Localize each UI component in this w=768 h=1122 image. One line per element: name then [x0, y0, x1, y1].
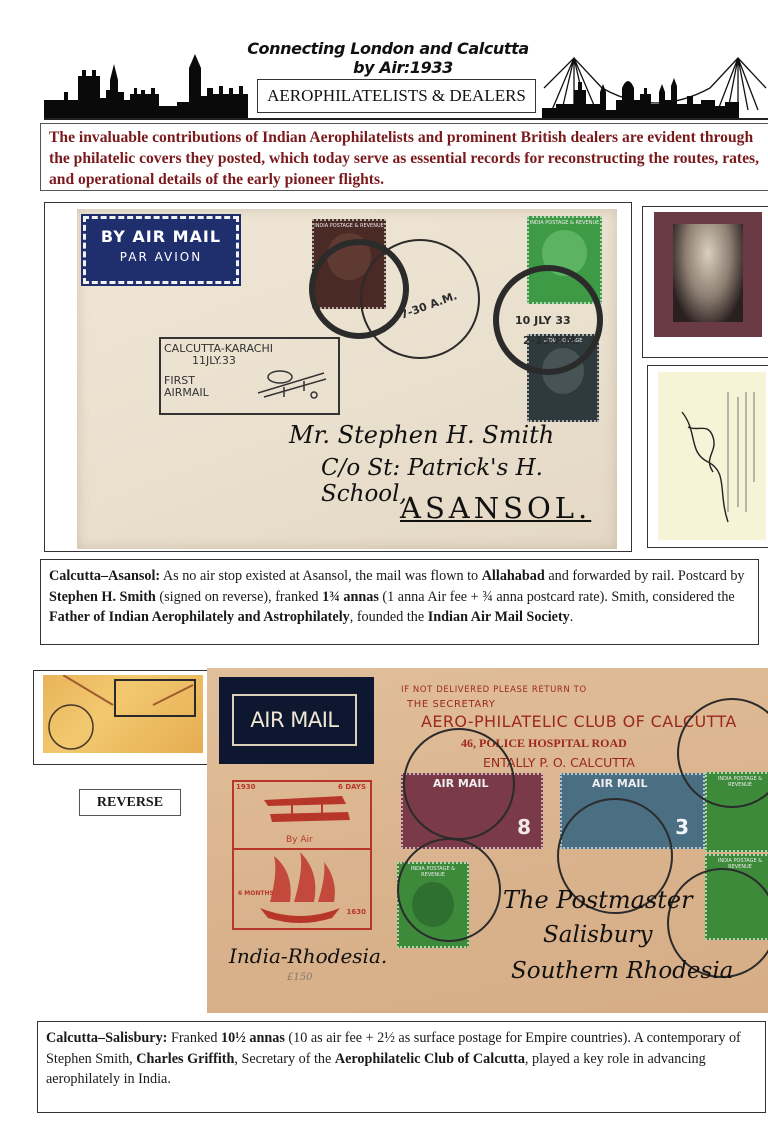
route-note: India-Rhodesia. — [229, 944, 387, 968]
page-title-line2: by Air:1933 — [238, 58, 538, 77]
postmark-intally-1 — [403, 728, 515, 840]
postmark-asansol — [360, 239, 480, 359]
cover2-reverse-image — [43, 675, 203, 753]
portrait-photo-icon — [654, 212, 762, 337]
signed-card-icon — [658, 372, 766, 540]
cover1-postcard-image: BY AIR MAIL PAR AVION INDIA POSTAGE & RE… — [77, 209, 617, 549]
section-subtitle: AEROPHILATELISTS & DEALERS — [257, 79, 536, 113]
caption-calcutta-asansol: Calcutta–Asansol: As no air stop existed… — [40, 559, 759, 645]
postmark-calcutta-time: 2-15 P.M. — [523, 334, 580, 347]
return-line1: IF NOT DELIVERED PLEASE RETURN TO — [401, 685, 587, 695]
cover1-address-line1: Mr. Stephen H. Smith — [289, 421, 554, 449]
signature-icon — [658, 372, 766, 540]
cover2-address-line2: Salisbury — [543, 922, 653, 948]
by-air-vignette: 1930 6 DAYS By Air 6 MONTHS 1630 — [232, 780, 372, 930]
air-label-line2: PAR AVION — [86, 250, 236, 264]
cover2-address-line3: Southern Rhodesia — [511, 958, 733, 984]
london-skyline-icon — [44, 48, 248, 118]
first-airmail-cachet: CALCUTTA-KARACHI 11JLY.33 FIRST AIRMAIL — [159, 337, 340, 415]
caption-calcutta-salisbury: Calcutta–Salisbury: Franked 10½ annas (1… — [37, 1021, 766, 1113]
cover2-envelope-image: AIR MAIL IF NOT DELIVERED PLEASE RETURN … — [207, 668, 768, 1013]
cover2-address-line1: The Postmaster — [503, 886, 693, 914]
biplane-icon — [254, 365, 330, 401]
page-title-line1: Connecting London and Calcutta — [238, 39, 538, 58]
pencil-price-note: £150 — [287, 972, 312, 983]
postmark-calcutta-date: 10 JLY 33 — [515, 314, 571, 327]
biplane-icon — [262, 792, 352, 832]
calcutta-howrah-bridge-skyline-icon — [542, 48, 768, 120]
postmark-intally-2 — [397, 838, 501, 942]
air-label-line1: BY AIR MAIL — [86, 227, 236, 246]
cover1-address-line3: ASANSOL. — [400, 491, 591, 525]
by-air-mail-label: BY AIR MAIL PAR AVION — [83, 216, 239, 284]
return-line2: THE SECRETARY — [407, 699, 495, 710]
reverse-label: REVERSE — [79, 789, 181, 816]
air-mail-label: AIR MAIL — [219, 677, 374, 764]
header-divider — [44, 118, 768, 120]
sailing-ship-icon — [250, 852, 350, 926]
intro-text: The invaluable contributions of Indian A… — [40, 123, 768, 191]
